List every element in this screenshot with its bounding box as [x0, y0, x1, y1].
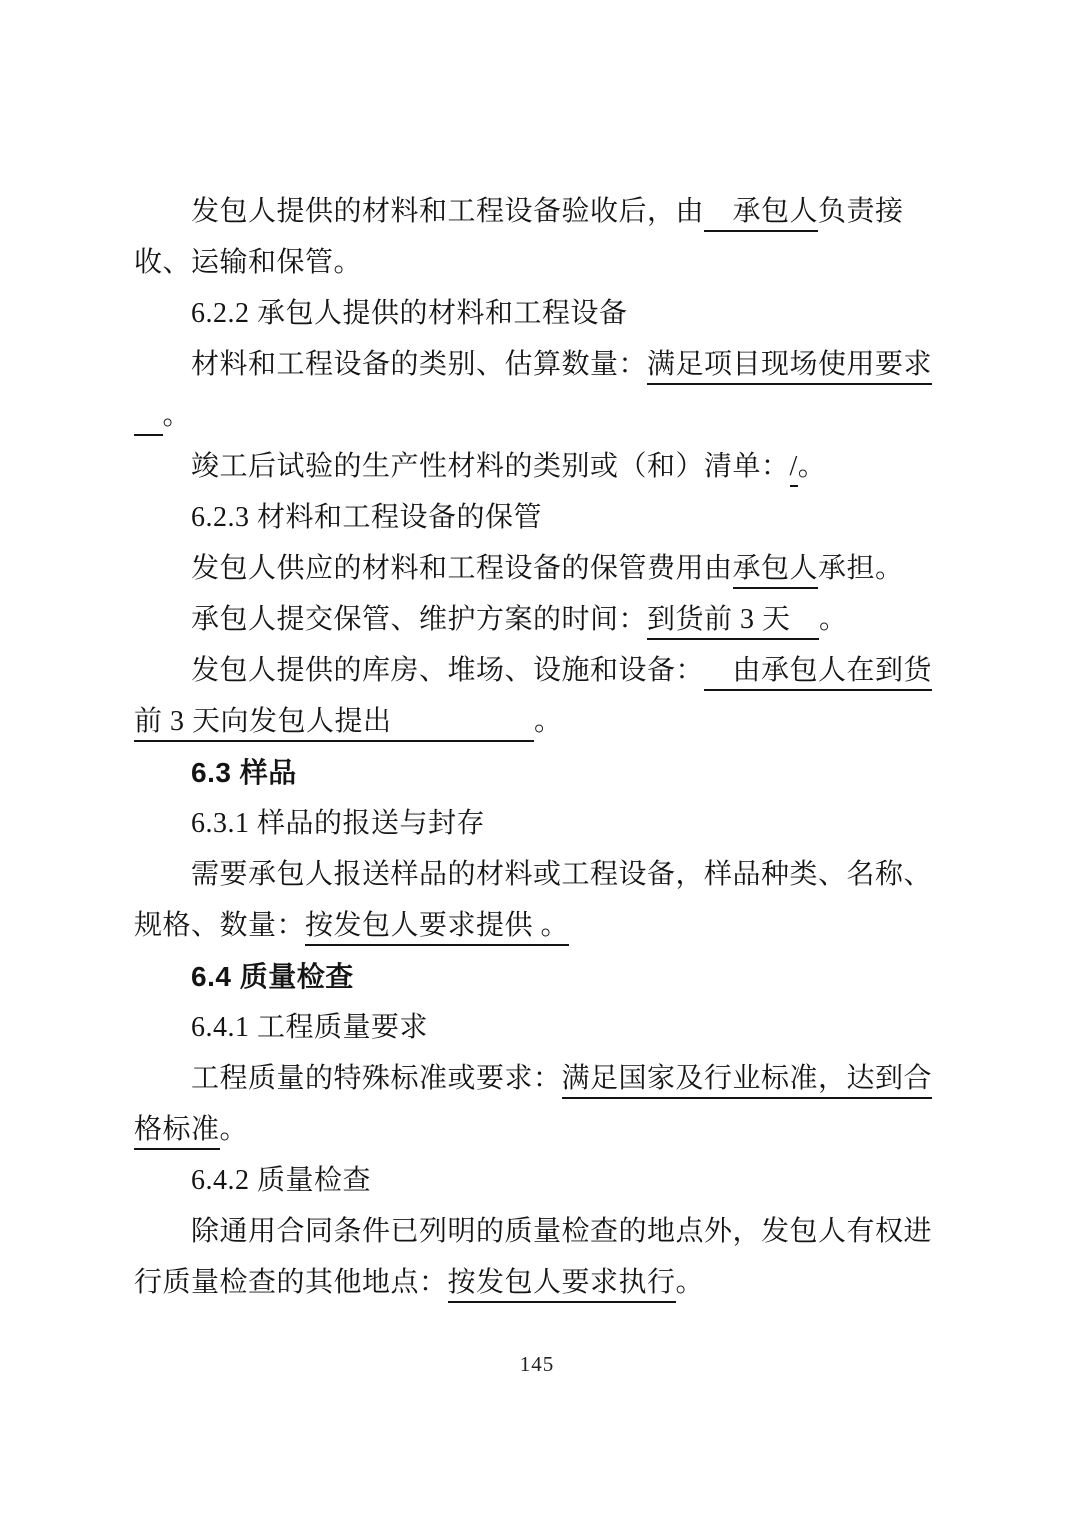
- text-run: 。: [798, 449, 827, 485]
- text-run: 6.3 样品: [191, 755, 297, 791]
- text-line: 收、运输和保管。: [134, 237, 946, 288]
- text-line: 6.3.1 样品的报送与封存: [134, 798, 946, 849]
- text-run: 除通用合同条件已列明的质量检查的地点外，发包人有权进: [191, 1214, 932, 1250]
- filled-blank-text: 格标准: [134, 1112, 220, 1150]
- text-run: 。: [220, 1112, 249, 1148]
- text-run: 6.3.1 样品的报送与封存: [191, 806, 485, 842]
- text-line: 行质量检查的其他地点： 按发包人要求执行。: [134, 1257, 946, 1308]
- text-line: 6.2.3 材料和工程设备的保管: [134, 492, 946, 543]
- text-line: 规格、数量：按发包人要求提供 。: [134, 900, 946, 951]
- filled-blank-text: 由承包人在到货: [704, 653, 932, 691]
- filled-blank-text: /: [790, 449, 798, 487]
- filled-blank-text: 承包人: [704, 194, 818, 232]
- text-line: 发包人提供的库房、堆场、设施和设备： 由承包人在到货: [134, 645, 946, 696]
- text-line: 6.4.1 工程质量要求: [134, 1002, 946, 1053]
- text-run: 发包人提供的材料和工程设备验收后，由: [191, 194, 704, 230]
- text-line: 6.4.2 质量检查: [134, 1155, 946, 1206]
- text-run: 6.4 质量检查: [191, 959, 354, 995]
- filled-blank-text: 前 3 天向发包人提出: [134, 704, 534, 742]
- text-line: 发包人供应的材料和工程设备的保管费用由 承包人 承担。: [134, 543, 946, 594]
- filled-blank-text: [134, 398, 163, 436]
- text-line: 6.4 质量检查: [134, 951, 946, 1002]
- filled-blank-text: 按发包人要求执行: [448, 1265, 676, 1303]
- text-line: 除通用合同条件已列明的质量检查的地点外，发包人有权进: [134, 1206, 946, 1257]
- text-line: 6.2.2 承包人提供的材料和工程设备: [134, 288, 946, 339]
- text-run: 工程质量的特殊标准或要求：: [191, 1061, 562, 1097]
- text-line: 。: [134, 390, 946, 441]
- text-run: 6.4.2 质量检查: [191, 1163, 371, 1199]
- text-run: 收、运输和保管。: [134, 245, 362, 281]
- text-line: 承包人提交保管、维护方案的时间： 到货前 3 天 。: [134, 594, 946, 645]
- text-run: 6.2.3 材料和工程设备的保管: [191, 500, 542, 536]
- text-line: 6.3 样品: [134, 747, 946, 798]
- text-line: 前 3 天向发包人提出 。: [134, 696, 946, 747]
- text-run: 承包人提交保管、维护方案的时间：: [191, 602, 647, 638]
- text-run: 。: [676, 1265, 705, 1301]
- filled-blank-text: 承包人: [733, 551, 819, 589]
- text-run: 负责接: [818, 194, 904, 230]
- text-line: 材料和工程设备的类别、估算数量：满足项目现场使用要求: [134, 339, 946, 390]
- text-run: 。: [819, 602, 848, 638]
- text-line: 格标准。: [134, 1104, 946, 1155]
- text-line: 需要承包人报送样品的材料或工程设备，样品种类、名称、: [134, 849, 946, 900]
- text-run: 。: [163, 398, 192, 434]
- text-run: 发包人供应的材料和工程设备的保管费用由: [191, 551, 733, 587]
- page-number: 145: [0, 1352, 1074, 1377]
- text-run: 行质量检查的其他地点：: [134, 1265, 448, 1301]
- text-run: 竣工后试验的生产性材料的类别或（和）清单：: [191, 449, 790, 485]
- text-run: 规格、数量：: [134, 908, 305, 944]
- text-run: 材料和工程设备的类别、估算数量：: [191, 347, 647, 383]
- text-line: 竣工后试验的生产性材料的类别或（和）清单： / 。: [134, 441, 946, 492]
- filled-blank-text: 到货前 3 天: [647, 602, 819, 640]
- text-run: 6.4.1 工程质量要求: [191, 1010, 428, 1046]
- filled-blank-text: 按发包人要求提供 。: [305, 908, 569, 946]
- text-run: 需要承包人报送样品的材料或工程设备，样品种类、名称、: [191, 857, 932, 893]
- text-run: 6.2.2 承包人提供的材料和工程设备: [191, 296, 628, 332]
- text-run: 。: [534, 704, 563, 740]
- text-line: 发包人提供的材料和工程设备验收后，由 承包人 负责接: [134, 186, 946, 237]
- text-run: 承担。: [818, 551, 904, 587]
- filled-blank-text: 满足国家及行业标准，达到合: [562, 1061, 933, 1099]
- text-line: 工程质量的特殊标准或要求：满足国家及行业标准，达到合: [134, 1053, 946, 1104]
- document-body: 发包人提供的材料和工程设备验收后，由 承包人 负责接收、运输和保管。6.2.2 …: [134, 186, 946, 1308]
- document-page: 发包人提供的材料和工程设备验收后，由 承包人 负责接收、运输和保管。6.2.2 …: [0, 0, 1074, 1520]
- filled-blank-text: 满足项目现场使用要求: [647, 347, 932, 385]
- text-run: 发包人提供的库房、堆场、设施和设备：: [191, 653, 704, 689]
